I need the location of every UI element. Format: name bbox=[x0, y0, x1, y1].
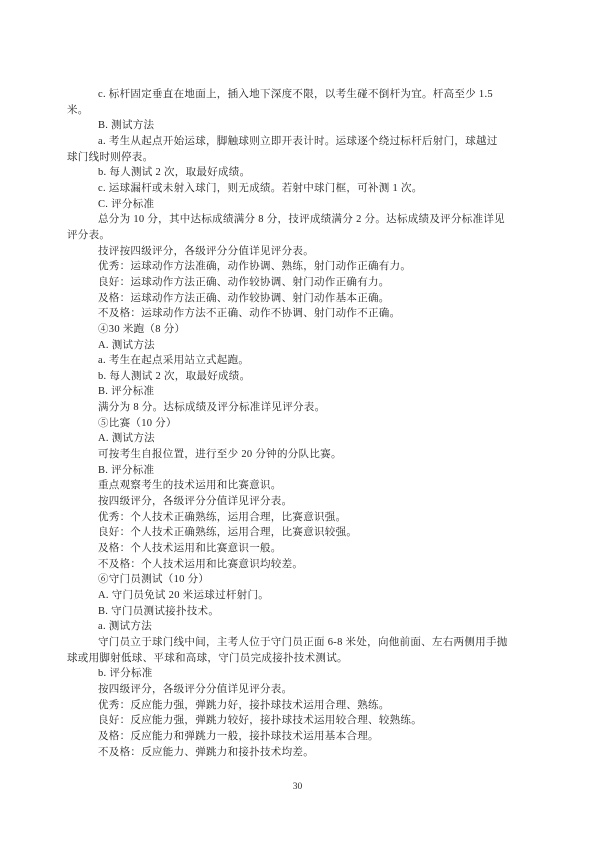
text-line: B. 守门员测试接扑技术。 bbox=[67, 604, 507, 620]
text-line: A. 测试方法 bbox=[67, 338, 507, 354]
text-line: 满分为 8 分。达标成绩及评分标准详见评分表。 bbox=[67, 400, 507, 416]
text-line: ⑤比赛（10 分） bbox=[67, 416, 507, 432]
text-line: ④30 米跑（8 分） bbox=[67, 322, 507, 338]
text-line: 优秀：个人技术正确熟练，运用合理，比赛意识强。 bbox=[67, 510, 507, 526]
text-line: 良好：运球动作方法正确、动作较协调、射门动作正确有力。 bbox=[67, 275, 507, 291]
text-line: B. 评分标准 bbox=[67, 463, 507, 479]
text-line: ⑥守门员测试（10 分） bbox=[67, 572, 507, 588]
text-line: 技评按四级评分，各级评分分值详见评分表。 bbox=[67, 244, 507, 260]
text-line: C. 评分标准 bbox=[67, 197, 507, 213]
text-line: A. 守门员免试 20 米运球过杆射门。 bbox=[67, 588, 507, 604]
text-line: A. 测试方法 bbox=[67, 431, 507, 447]
text-line: 良好：个人技术正确熟练，运用合理，比赛意识较强。 bbox=[67, 525, 507, 541]
text-line: 优秀：反应能力强，弹跳力好，接扑球技术运用合理、熟练。 bbox=[67, 698, 507, 714]
text-line: a. 考生从起点开始运球，脚触球则立即开表计时。运球逐个绕过标杆后射门，球越过 bbox=[67, 134, 507, 150]
text-line: 总分为 10 分，其中达标成绩满分 8 分，技评成绩满分 2 分。达标成绩及评分… bbox=[67, 212, 507, 228]
text-line: 优秀：运球动作方法准确，动作协调、熟练，射门动作正确有力。 bbox=[67, 259, 507, 275]
text-line: B. 评分标准 bbox=[67, 384, 507, 400]
text-line: 不及格：运球动作方法不正确、动作不协调、射门动作不正确。 bbox=[67, 306, 507, 322]
text-line: 可按考生自报位置，进行至少 20 分钟的分队比赛。 bbox=[67, 447, 507, 463]
text-line: 良好：反应能力强，弹跳力较好，接扑球技术运用较合理、较熟练。 bbox=[67, 713, 507, 729]
text-line: 不及格：个人技术运用和比赛意识均较差。 bbox=[67, 557, 507, 573]
text-line: 重点观察考生的技术运用和比赛意识。 bbox=[67, 478, 507, 494]
text-line: 及格：运球动作方法正确、动作较协调、射门动作基本正确。 bbox=[67, 291, 507, 307]
text-line: b. 评分标准 bbox=[67, 666, 507, 682]
text-line: a. 考生在起点采用站立式起跑。 bbox=[67, 353, 507, 369]
text-line: 球门线时则停表。 bbox=[67, 150, 507, 166]
text-line: b. 每人测试 2 次，取最好成绩。 bbox=[67, 165, 507, 181]
text-line: 按四级评分，各级评分分值详见评分表。 bbox=[67, 682, 507, 698]
text-line: 守门员立于球门线中间，主考人位于守门员正面 6-8 米处，向他前面、左右两侧用手… bbox=[67, 635, 507, 651]
text-line: 不及格：反应能力、弹跳力和接扑技术均差。 bbox=[67, 745, 507, 761]
text-line: B. 测试方法 bbox=[67, 118, 507, 134]
document-page: c. 标杆固定垂直在地面上，插入地下深度不限，以考生碰不倒杆为宜。杆高至少 1.… bbox=[0, 0, 595, 842]
text-line: 按四级评分，各级评分分值详见评分表。 bbox=[67, 494, 507, 510]
text-line: c. 运球漏杆或未射入球门，则无成绩。若射中球门框，可补测 1 次。 bbox=[67, 181, 507, 197]
text-line: 评分表。 bbox=[67, 228, 507, 244]
document-body: c. 标杆固定垂直在地面上，插入地下深度不限，以考生碰不倒杆为宜。杆高至少 1.… bbox=[67, 87, 507, 760]
text-line: 及格：个人技术运用和比赛意识一般。 bbox=[67, 541, 507, 557]
text-line: b. 每人测试 2 次，取最好成绩。 bbox=[67, 369, 507, 385]
text-line: c. 标杆固定垂直在地面上，插入地下深度不限，以考生碰不倒杆为宜。杆高至少 1.… bbox=[67, 87, 507, 103]
text-line: a. 测试方法 bbox=[67, 619, 507, 635]
text-line: 米。 bbox=[67, 103, 507, 119]
page-number: 30 bbox=[0, 781, 595, 793]
text-line: 球或用脚射低球、平球和高球，守门员完成接扑技术测试。 bbox=[67, 651, 507, 667]
text-line: 及格：反应能力和弹跳力一般，接扑球技术运用基本合理。 bbox=[67, 729, 507, 745]
